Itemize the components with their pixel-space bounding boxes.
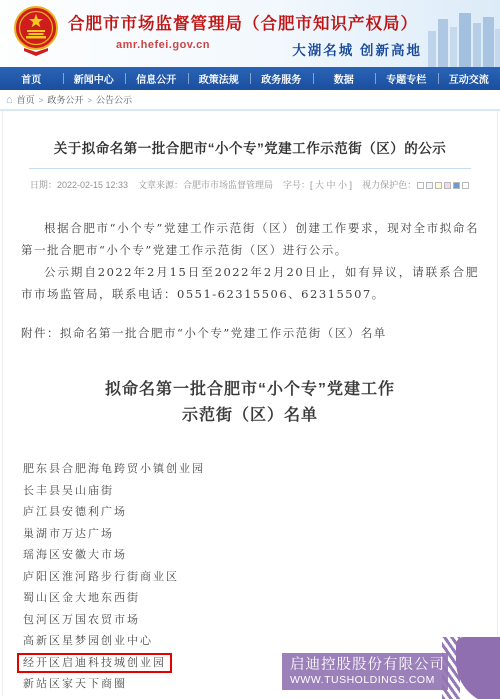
list-title-line1: 拟命名第一批合肥市“小个专”党建工作: [105, 381, 395, 398]
nav-item-7[interactable]: 互动交流: [438, 67, 500, 90]
list-item-6: 蜀山区金大地东西街: [23, 587, 479, 609]
list-item-7: 包河区万国农贸市场: [23, 609, 479, 631]
meta-source: 文章来源：合肥市市场监督管理局: [138, 180, 273, 190]
list-item-9: 经开区启迪科技城创业园: [23, 652, 479, 674]
list-item-10: 新站区家天下商圈: [23, 673, 479, 695]
attachment-line: 附件：拟命名第一批合肥市“小个专”党建工作示范街（区）名单: [21, 322, 479, 344]
nav-item-3[interactable]: 政策法规: [188, 67, 251, 90]
font-size-options[interactable]: 字号：[ 大 中 小 ]: [283, 180, 352, 190]
site-header: 合肥市市场监督管理局（合肥市知识产权局） amr.hefei.gov.cn 大湖…: [0, 0, 500, 67]
street-list: 肥东县合肥海龟跨贸小镇创业园长丰县吴山庙街庐江县安德利广场巢湖市万达广场瑶海区安…: [21, 458, 479, 695]
breadcrumb-link-2[interactable]: 公告公示: [96, 95, 132, 105]
nav-item-2[interactable]: 信息公开: [125, 67, 188, 90]
list-item-8: 高新区星梦园创业中心: [23, 630, 479, 652]
main-nav: 首页新闻中心信息公开政策法规政务服务数据专题专栏互动交流: [0, 67, 500, 90]
body-paragraph-0: 根据合肥市“小个专”党建工作示范街（区）创建工作要求，现对全市拟命名第一批合肥市…: [21, 217, 479, 261]
skyline-graphic: [426, 9, 500, 67]
list-item-3: 巢湖市万达广场: [23, 523, 479, 545]
breadcrumb-separator: >: [39, 96, 44, 105]
page: 合肥市市场监督管理局（合肥市知识产权局） amr.hefei.gov.cn 大湖…: [0, 0, 500, 699]
nav-item-6[interactable]: 专题专栏: [375, 67, 438, 90]
eyecare-swatch-2[interactable]: [435, 182, 442, 189]
eyecare-swatch-5[interactable]: [462, 182, 469, 189]
eyecare-colors: 视力保护色：: [362, 180, 470, 190]
breadcrumb-link-1[interactable]: 政务公开: [47, 95, 83, 105]
eyecare-swatch-4[interactable]: [453, 182, 460, 189]
eyecare-swatch-0[interactable]: [417, 182, 424, 189]
national-emblem-icon: [14, 6, 58, 58]
list-item-4: 瑶海区安徽大市场: [23, 544, 479, 566]
list-title-line2: 示范街（区）名单: [182, 407, 318, 424]
list-item-2: 庐江县安德利广场: [23, 501, 479, 523]
eyecare-swatch-1[interactable]: [426, 182, 433, 189]
list-item-1: 长丰县吴山庙街: [23, 480, 479, 502]
article-content: 关于拟命名第一批合肥市“小个专”党建工作示范街（区）的公示 日期：2022-02…: [2, 111, 498, 696]
body-paragraph-1: 公示期自2022年2月15日至2022年2月20日止，如有异议，请联系合肥市市场…: [21, 261, 479, 305]
national-emblem-logo: [14, 6, 58, 58]
breadcrumb-items: 首页>政务公开>公告公示: [17, 93, 132, 106]
home-icon: ⌂: [6, 94, 13, 106]
nav-item-0[interactable]: 首页: [0, 67, 63, 90]
meta-date: 日期：2022-02-15 12:33: [30, 180, 128, 190]
list-item-0: 肥东县合肥海龟跨贸小镇创业园: [23, 458, 479, 480]
nav-item-1[interactable]: 新闻中心: [63, 67, 126, 90]
breadcrumb-link-0[interactable]: 首页: [17, 95, 35, 105]
eyecare-swatch-3[interactable]: [444, 182, 451, 189]
breadcrumb: ⌂ 首页>政务公开>公告公示: [0, 90, 500, 111]
site-slogan: 大湖名城 创新高地: [292, 39, 422, 59]
article-title: 关于拟命名第一批合肥市“小个专”党建工作示范街（区）的公示: [29, 137, 471, 169]
article-meta: 日期：2022-02-15 12:33文章来源：合肥市市场监督管理局字号：[ 大…: [21, 178, 479, 191]
article-body: 根据合肥市“小个专”党建工作示范街（区）创建工作要求，现对全市拟命名第一批合肥市…: [21, 217, 479, 305]
nav-item-5[interactable]: 数据: [313, 67, 376, 90]
nav-item-4[interactable]: 政务服务: [250, 67, 313, 90]
highlighted-item-box: 经开区启迪科技城创业园: [17, 653, 172, 673]
breadcrumb-separator: >: [87, 96, 92, 105]
site-title: 合肥市市场监督管理局（合肥市知识产权局）: [68, 10, 418, 34]
list-item-5: 庐阳区淮河路步行街商业区: [23, 566, 479, 588]
list-title: 拟命名第一批合肥市“小个专”党建工作 示范街（区）名单: [21, 377, 479, 429]
